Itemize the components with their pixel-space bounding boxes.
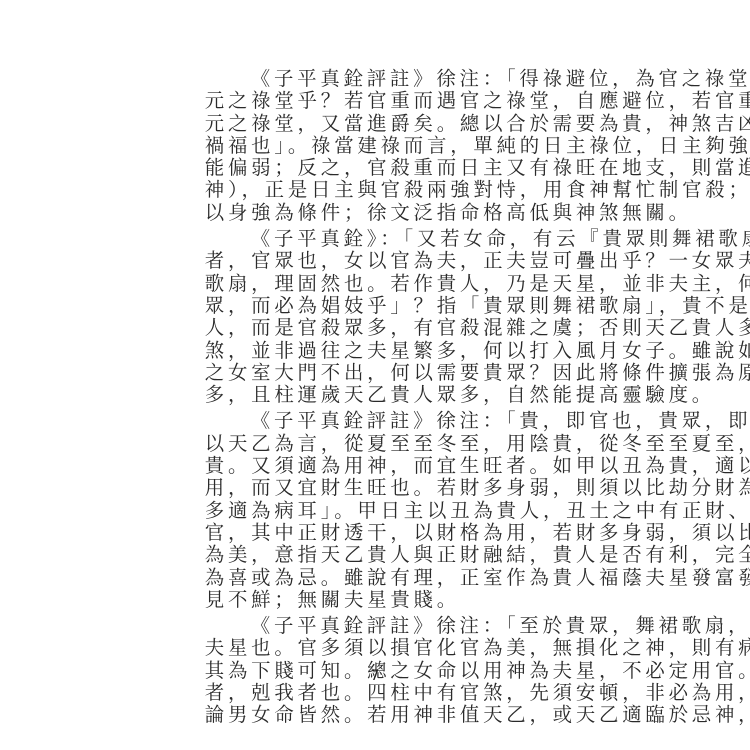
text-line: 煞，並非過往之夫星繁多，何以打入風月女子。雖說如此，古 [166,340,586,362]
text-line: 人，而是官殺眾多，有官殺混雜之虞；否則天乙貴人多只是神 [166,317,586,339]
text-line: 夫星也。官多須以損官化官為美，無損化之神，則有病無藥， [166,637,586,659]
paragraph-1: 《子平真銓評註》徐注：「得祿避位，為官之祿堂乎？抑日 元之祿堂乎？若官重而遇官之… [166,68,586,224]
document-page: 《子平真銓評註》徐注：「得祿避位，為官之祿堂乎？抑日 元之祿堂乎？若官重而遇官之… [166,68,586,731]
text-line: 元之祿堂乎？若官重而遇官之祿堂，自應避位，若官重而遇日 [166,90,586,112]
text-line: 者，剋我者也。四柱中有官煞，先須安頓，非必為用，是則不 [166,682,586,704]
text-line: 貴。又須適為用神，而宜生旺者。如甲以丑為貴，適以財為 [166,455,586,477]
text-line: 以身強為條件；徐文泛指命格高低與神煞無關。 [166,202,586,224]
text-line: 官，其中正財透干，以財格為用，若財多身弱，須以比劫分財 [166,522,586,544]
text-line: 《子平真銓評註》徐注：「貴，即官也，貴眾，即官眾。如 [166,410,586,432]
text-line: 者，官眾也，女以官為夫，正夫豈可疊出乎？一女眾夫，舞裙 [166,250,586,272]
text-line: 禍福也」。祿當建祿而言，單純的日主祿位，日主夠強，格局可 [166,135,586,157]
text-line: 歌扇，理固然也。若作貴人，乃是天星，並非夫主，何礙於 [166,273,586,295]
text-line: 論男女命皆然。若用神非值天乙，或天乙適臨於忌神，陰陽並 [166,704,586,726]
paragraph-3: 《子平真銓評註》徐注：「貴，即官也，貴眾，即官眾。如 以天乙為言，從夏至至冬至，… [166,410,586,611]
text-line: 能偏弱；反之，官殺重而日主又有祿旺在地支，則當進爵（食 [166,157,586,179]
text-line: 眾，而必為娼妓乎」？指「貴眾則舞裙歌扇」，貴不是指天乙貴 [166,295,586,317]
text-line: 以天乙為言，從夏至至冬至，用陰貴，從冬至至夏至，用陽 [166,433,586,455]
text-line: 為喜或為忌。雖說有理，正室作為貴人福蔭夫星發富發貴，履 [166,567,586,589]
text-line: 為美，意指天乙貴人與正財融結，貴人是否有利，完全在財星 [166,544,586,566]
text-line: 神），正是日主與官殺兩強對恃，用食神幫忙制官殺；食神制煞 [166,179,586,201]
text-line: 用，而又宜財生旺也。若財多身弱，則須以比劫分財為美，貴 [166,477,586,499]
paragraph-2: 《子平真銓》：「又若女命，有云『貴眾則舞裙歌扇』。貴眾 者，官眾也，女以官為夫，… [166,228,586,406]
text-line: 多適為病耳」。甲日主以丑為貴人，丑土之中有正財、正印、正 [166,500,586,522]
text-line: 多，且柱運歲天乙貴人眾多，自然能提高靈驗度。 [166,384,586,406]
text-line: 之女室大門不出，何以需要貴眾？因此將條件擴張為原局官殺 [166,362,586,384]
text-line: 《子平真銓》：「又若女命，有云『貴眾則舞裙歌扇』。貴眾 [166,228,586,250]
text-line: 元之祿堂，又當進爵矣。總以合於需要為貴，神煞吉凶，無關 [166,113,586,135]
text-line: 《子平真銓評註》徐注：「至於貴眾，舞裙歌扇，正以官為 [166,615,586,637]
text-line: 見不鮮；無關夫星貴賤。 [166,589,586,611]
text-line: 《子平真銓評註》徐注：「得祿避位，為官之祿堂乎？抑日 [166,68,586,90]
page-number: 7 [0,668,750,684]
